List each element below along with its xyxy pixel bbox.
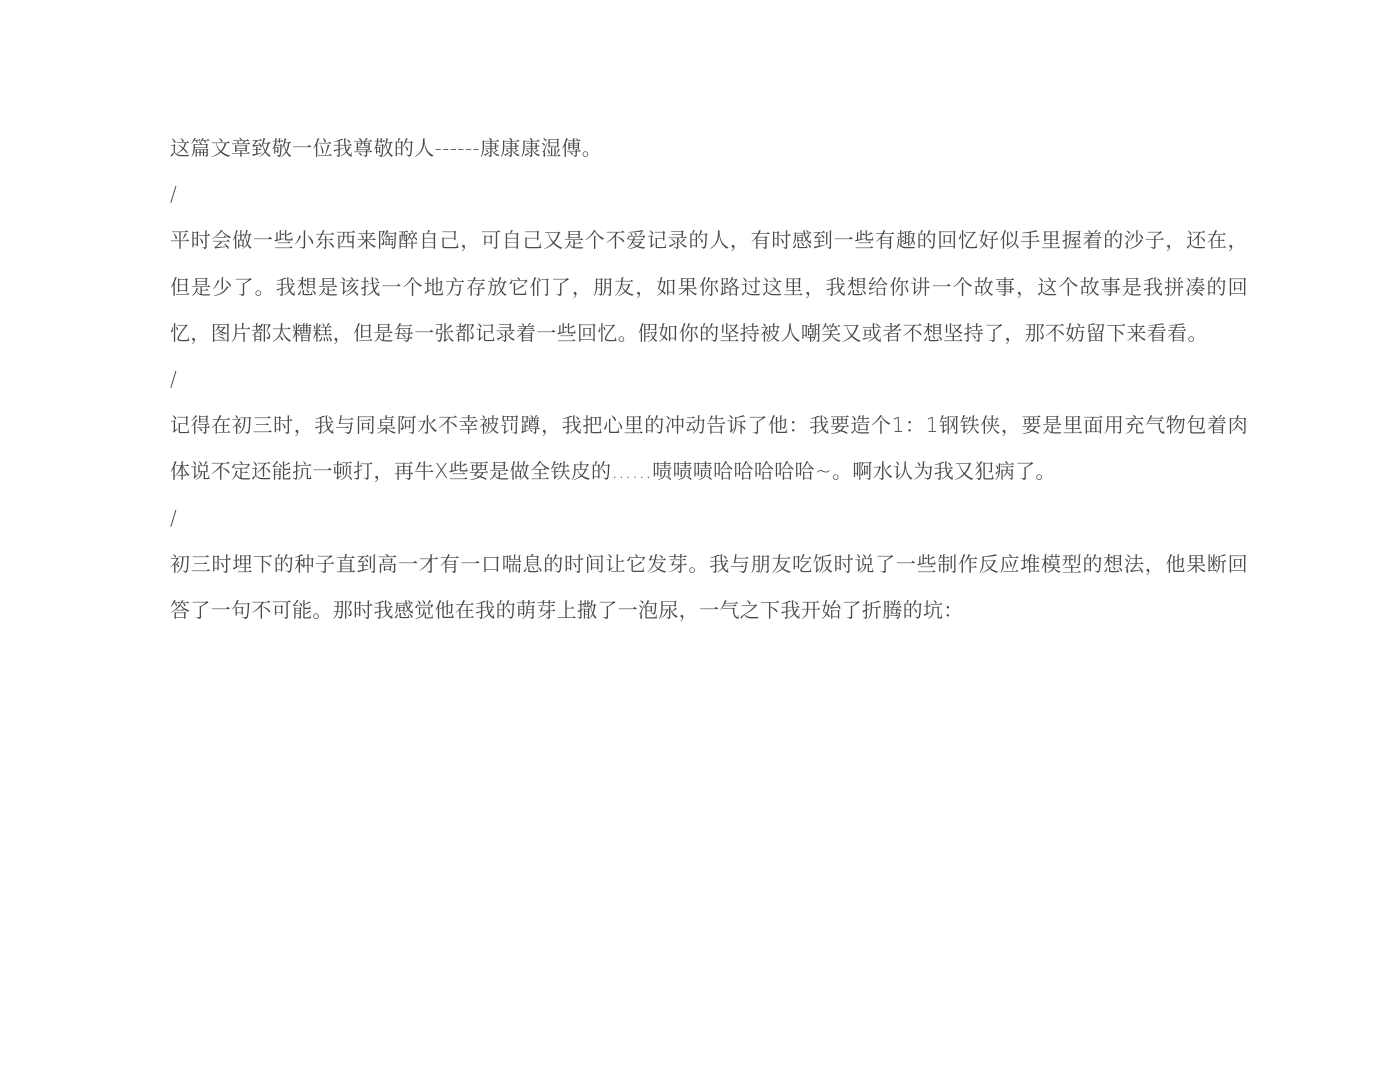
- paragraph-memory: 记得在初三时，我与同桌阿水不幸被罚蹲，我把心里的冲动告诉了他：我要造个1：1钢铁…: [170, 402, 1248, 494]
- article-body: 这篇文章致敬一位我尊敬的人------康康康湿傅。 / 平时会做一些小东西来陶醉…: [170, 125, 1248, 633]
- section-divider: /: [170, 495, 1248, 541]
- section-divider: /: [170, 356, 1248, 402]
- section-divider: /: [170, 171, 1248, 217]
- paragraph-sprout: 初三时埋下的种子直到高一才有一口喘息的时间让它发芽。我与朋友吃饭时说了一些制作反…: [170, 541, 1248, 633]
- paragraph-intro: 平时会做一些小东西来陶醉自己，可自己又是个不爱记录的人，有时感到一些有趣的回忆好…: [170, 217, 1248, 356]
- dedication-line: 这篇文章致敬一位我尊敬的人------康康康湿傅。: [170, 125, 1248, 171]
